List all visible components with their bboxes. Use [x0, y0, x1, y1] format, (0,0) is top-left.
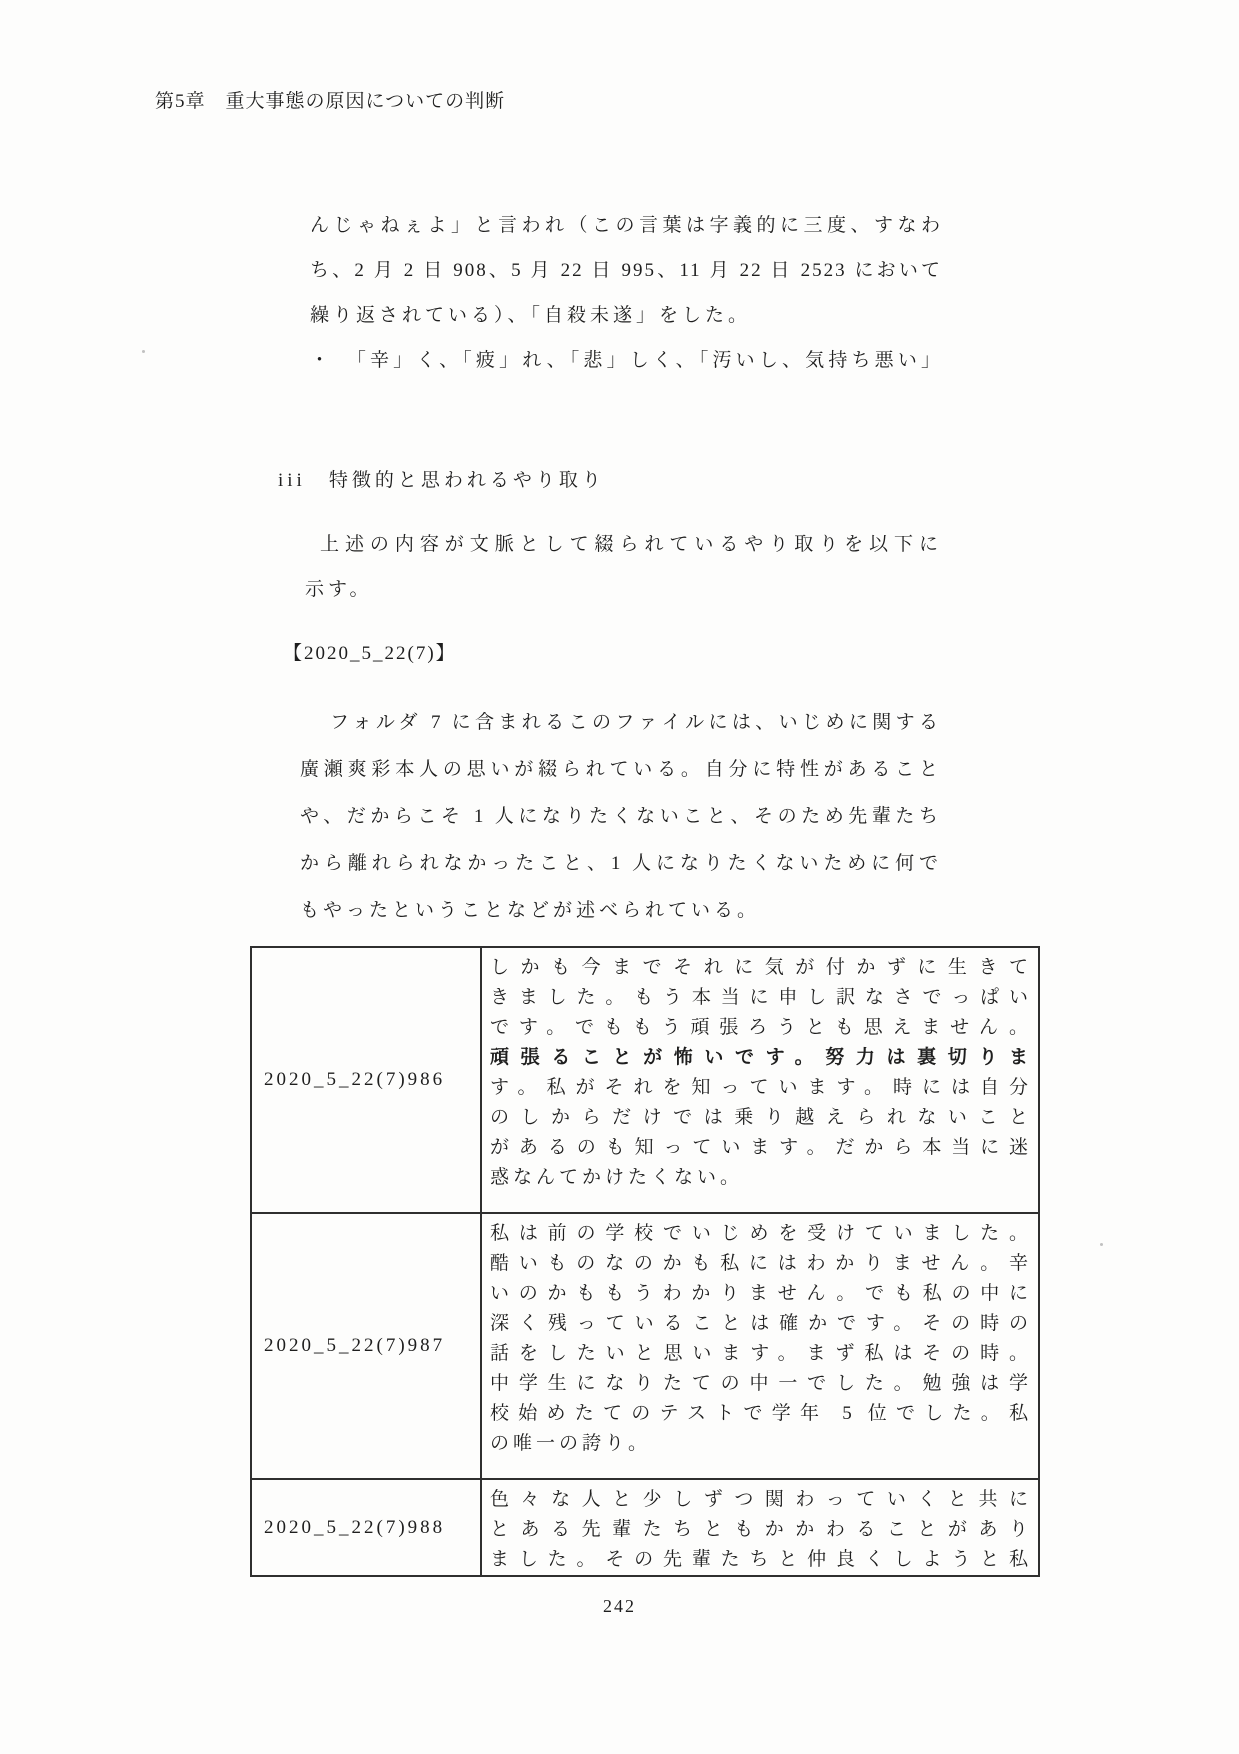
- content-line: です。でももう頑張ろうとも思えません。: [490, 1013, 1030, 1043]
- chapter-header: 第5章 重大事態の原因についての判断: [155, 86, 505, 113]
- row-content-cell: 私は前の学校でいじめを受けていました。 酷いものなのかも私にはわかりません。辛 …: [482, 1214, 1038, 1478]
- content-line: の唯一の誇り。: [490, 1429, 1030, 1459]
- quote-bullet-line: ・ 「辛」く、「疲」れ、「悲」しく、「汚いし、気持ち悪い」: [310, 338, 942, 383]
- description-line: フォルダ 7 に含まれるこのファイルには、いじめに関する: [300, 699, 940, 746]
- content-line: きました。もう本当に申し訳なさでっぱい: [490, 983, 1030, 1013]
- content-line: 頑張ることが怖いです。努力は裏切りま: [490, 1043, 1030, 1073]
- file-description: フォルダ 7 に含まれるこのファイルには、いじめに関する 廣瀬爽彩本人の思いが綴…: [300, 699, 940, 934]
- content-line: があるのも知っています。だから本当に迷: [490, 1133, 1030, 1163]
- content-line: 色々な人と少しずつ関わっていくと共に: [490, 1485, 1030, 1515]
- content-line: 惑なんてかけたくない。: [490, 1163, 1030, 1193]
- content-line: 酷いものなのかも私にはわかりません。辛: [490, 1249, 1030, 1279]
- content-line: 中学生になりたての中一でした。勉強は学: [490, 1369, 1030, 1399]
- description-line: や、だからこそ 1 人になりたくないこと、そのため先輩たち: [300, 793, 940, 840]
- content-line: す。私がそれを知っています。時には自分: [490, 1073, 1030, 1103]
- content-line: 私は前の学校でいじめを受けていました。: [490, 1219, 1030, 1249]
- row-id-cell: 2020_5_22(7)988: [252, 1480, 482, 1575]
- file-heading: 【2020_5_22(7)】: [283, 638, 457, 665]
- description-line: もやったということなどが述べられている。: [300, 887, 940, 934]
- description-line: から離れられなかったこと、1 人になりたくないために何で: [300, 840, 940, 887]
- content-line: 校始めたてのテストで学年 5 位でした。私: [490, 1399, 1030, 1429]
- content-line: いのかももうわかりません。でも私の中に: [490, 1279, 1030, 1309]
- content-line: のしからだけでは乗り越えられないこと: [490, 1103, 1030, 1133]
- scan-speck: [1100, 1243, 1103, 1246]
- quote-line: 繰り返されている）、「自殺未遂」をした。: [310, 293, 942, 338]
- page-number: 242: [0, 1596, 1239, 1617]
- table-row: 2020_5_22(7)988 色々な人と少しずつ関わっていくと共に とある先輩…: [252, 1478, 1038, 1575]
- row-id-cell: 2020_5_22(7)986: [252, 948, 482, 1212]
- content-line: ました。その先輩たちと仲良くしようと私: [490, 1545, 1030, 1575]
- table-row: 2020_5_22(7)986 しかも今までそれに気が付かずに生きて きました。…: [252, 948, 1038, 1212]
- row-content-cell: 色々な人と少しずつ関わっていくと共に とある先輩たちともかかわることがあり まし…: [482, 1480, 1038, 1575]
- row-id-cell: 2020_5_22(7)987: [252, 1214, 482, 1478]
- scan-speck: [142, 350, 145, 353]
- section-intro: 上述の内容が文脈として綴られているやり取りを以下に 示す。: [305, 522, 940, 612]
- quote-block: んじゃねぇよ」と言われ（この言葉は字義的に三度、すなわ ち、2 月 2 日 90…: [310, 203, 942, 383]
- section-heading: iii 特徴的と思われるやり取り: [278, 465, 605, 492]
- content-line: とある先輩たちともかかわることがあり: [490, 1515, 1030, 1545]
- intro-line: 上述の内容が文脈として綴られているやり取りを以下に: [305, 522, 940, 567]
- content-line: しかも今までそれに気が付かずに生きて: [490, 953, 1030, 983]
- table-row: 2020_5_22(7)987 私は前の学校でいじめを受けていました。 酷いもの…: [252, 1212, 1038, 1478]
- intro-line: 示す。: [305, 567, 940, 612]
- content-line: 深く残っていることは確かです。その時の: [490, 1309, 1030, 1339]
- quote-line: ち、2 月 2 日 908、5 月 22 日 995、11 月 22 日 252…: [310, 248, 942, 293]
- document-page: 第5章 重大事態の原因についての判断 んじゃねぇよ」と言われ（この言葉は字義的に…: [0, 0, 1239, 1754]
- description-line: 廣瀬爽彩本人の思いが綴られている。自分に特性があること: [300, 746, 940, 793]
- row-content-cell: しかも今までそれに気が付かずに生きて きました。もう本当に申し訳なさでっぱい で…: [482, 948, 1038, 1212]
- content-line: 話をしたいと思います。まず私はその時。: [490, 1339, 1030, 1369]
- excerpt-table: 2020_5_22(7)986 しかも今までそれに気が付かずに生きて きました。…: [250, 946, 1040, 1577]
- quote-line: んじゃねぇよ」と言われ（この言葉は字義的に三度、すなわ: [310, 203, 942, 248]
